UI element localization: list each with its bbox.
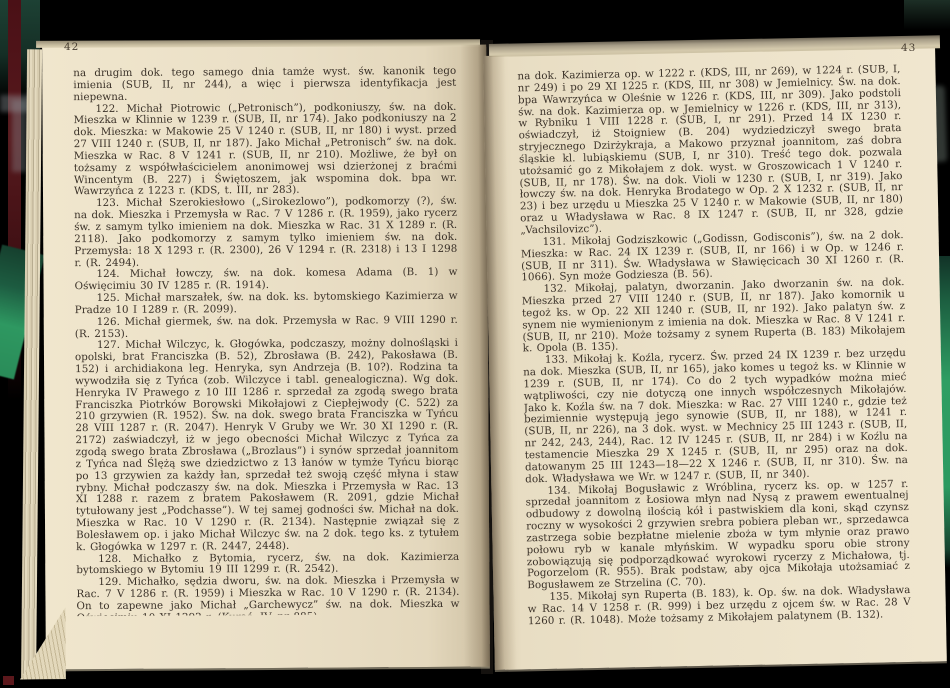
paragraph-entry: 122. Michał Piotrowic („Petronisch”), po… bbox=[73, 101, 457, 198]
paragraph-entry: na dok. Kazimierza op. w 1222 r. (KDS, I… bbox=[517, 64, 903, 237]
scan-artifact-red-dot bbox=[3, 676, 14, 685]
paragraph-entry: 135. Mikołaj syn Ruperta (B. 183), k. Op… bbox=[527, 585, 911, 628]
scan-artifact-green-corner-right bbox=[904, 0, 950, 30]
left-page-top-edge bbox=[36, 39, 480, 48]
paragraph-entry: 125. Michał marszałek, św. na dok. ks. b… bbox=[75, 291, 458, 317]
right-text-block: na dok. Kazimierza op. w 1222 r. (KDS, I… bbox=[517, 64, 911, 633]
right-page: na dok. Kazimierza op. w 1222 r. (KDS, I… bbox=[483, 47, 947, 670]
paragraph-entry: 129. Michałko, sędzia dworu, św. na dok.… bbox=[76, 575, 459, 616]
paragraph-entry: 133. Mikołaj k. Koźla, rycerz. Św. przed… bbox=[523, 348, 908, 486]
book-scan: na drugim dok. tego samego dnia tamże wy… bbox=[0, 0, 950, 688]
left-text-block: na drugim dok. tego samego dnia tamże wy… bbox=[73, 66, 459, 616]
paragraph-entry: 127. Michał Wilczyc, k. Głogówka, podcza… bbox=[75, 338, 459, 554]
scan-artifact-glyph-left-stem bbox=[12, 100, 27, 172]
left-page-number: 42 bbox=[64, 41, 79, 53]
paragraph-entry: 123. Michał Szerokiesłowo („Sirokezlowo”… bbox=[74, 196, 457, 269]
left-page: na drugim dok. tego samego dnia tamże wy… bbox=[42, 45, 490, 670]
paragraph-entry: na drugim dok. tego samego dnia tamże wy… bbox=[73, 66, 456, 104]
right-page-number: 43 bbox=[901, 42, 916, 54]
right-page-top-edge bbox=[489, 35, 940, 57]
paragraph-entry: 132. Mikołaj, palatyn, dworzanin. Jako d… bbox=[521, 277, 905, 355]
paragraph-entry: 134. Mikołaj Bogusławic z Wróblina, ryce… bbox=[525, 479, 910, 593]
